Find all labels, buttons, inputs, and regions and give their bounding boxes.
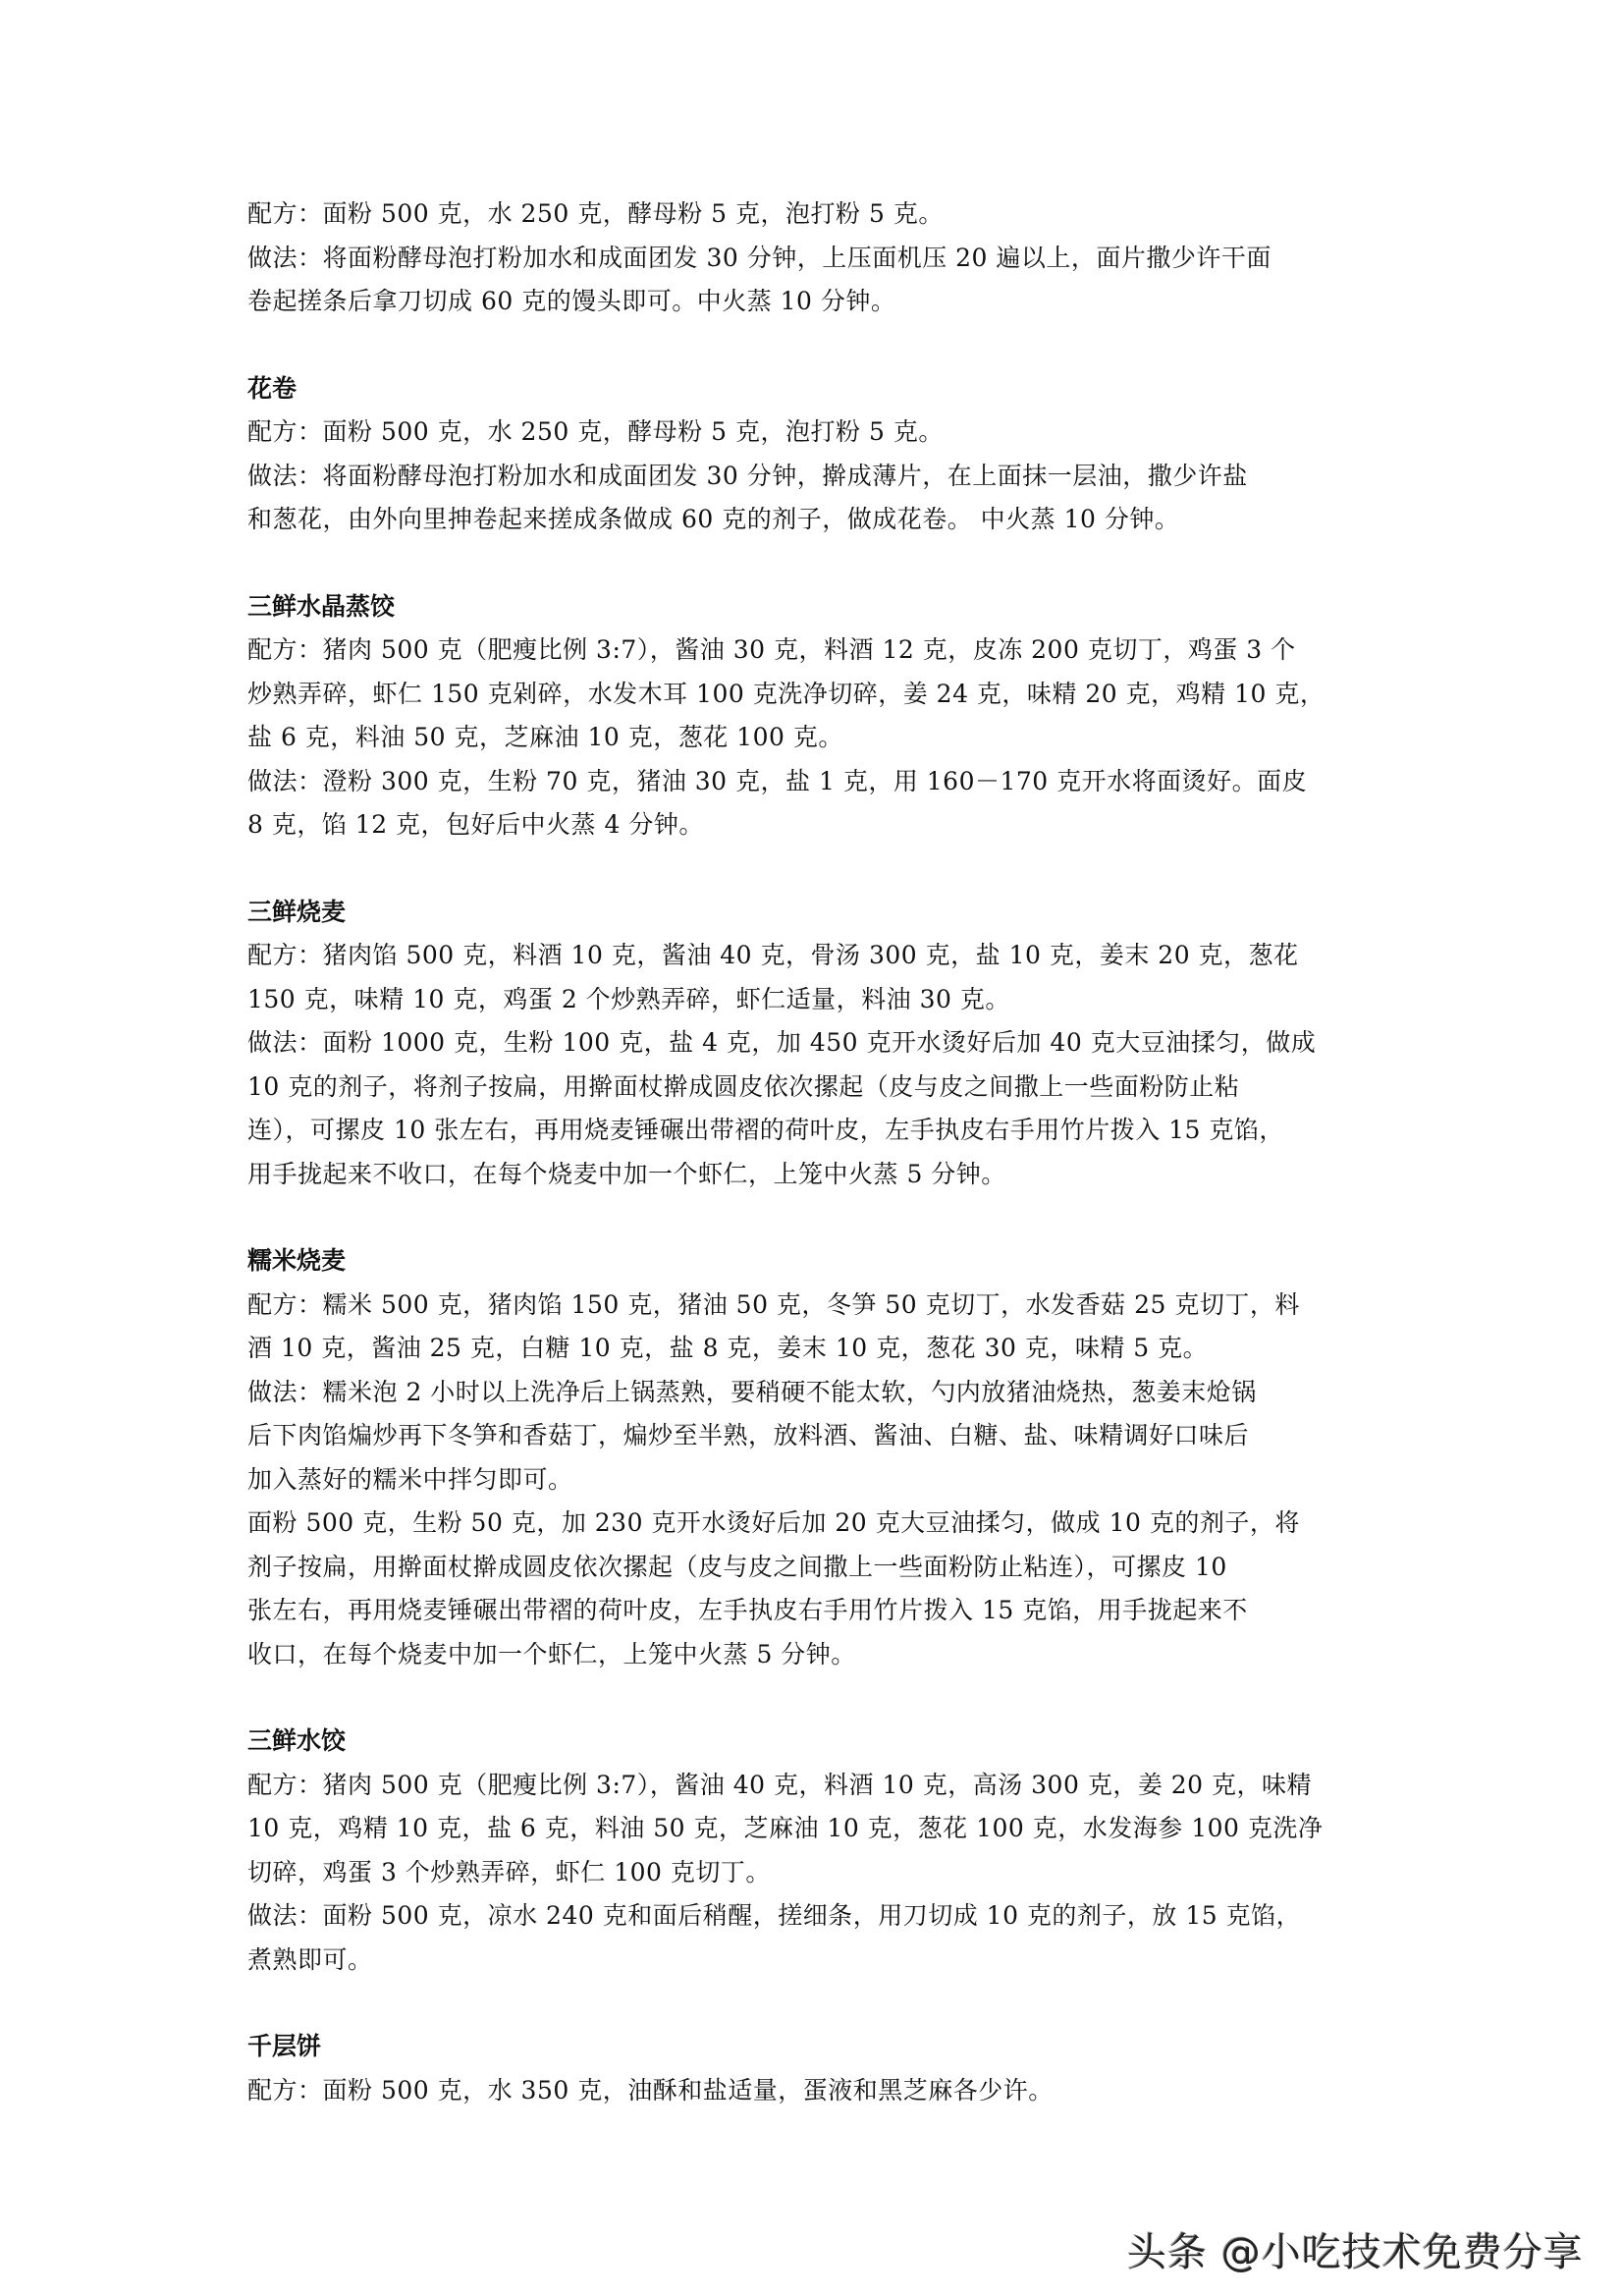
recipe-line: 8 克，馅 12 克，包好后中火蒸 4 分钟。 — [247, 803, 1386, 847]
section-huajuan: 花卷 配方：面粉 500 克，水 250 克，酵母粉 5 克，泡打粉 5 克。 … — [247, 367, 1386, 542]
recipe-line: 收口，在每个烧麦中加一个虾仁，上笼中火蒸 5 分钟。 — [247, 1633, 1386, 1677]
watermark-label: 头条 @小吃技术免费分享 — [1127, 2221, 1584, 2277]
recipe-line: 配方：面粉 500 克，水 250 克，酵母粉 5 克，泡打粉 5 克。 — [247, 410, 1386, 455]
recipe-line: 配方：面粉 500 克，水 350 克，油酥和盐适量，蛋液和黑芝麻各少许。 — [247, 2069, 1386, 2113]
recipe-line: 炒熟弄碎，虾仁 150 克剁碎，水发木耳 100 克洗净切碎，姜 24 克，味精… — [247, 673, 1386, 717]
recipe-line: 卷起搓条后拿刀切成 60 克的馒头即可。中火蒸 10 分钟。 — [247, 280, 1386, 324]
section-mantou: 配方：面粉 500 克，水 250 克，酵母粉 5 克，泡打粉 5 克。 做法：… — [247, 192, 1386, 324]
recipe-line: 后下肉馅煸炒再下冬笋和香菇丁，煸炒至半熟，放料酒、酱油、白糖、盐、味精调好口味后 — [247, 1414, 1386, 1458]
recipe-line: 和葱花，由外向里抻卷起来搓成条做成 60 克的剂子，做成花卷。 中火蒸 10 分… — [247, 498, 1386, 542]
recipe-line: 张左右，再用烧麦锤碾出带褶的荷叶皮，左手执皮右手用竹片拨入 15 克馅，用手拢起… — [247, 1589, 1386, 1633]
recipe-line: 做法：面粉 1000 克，生粉 100 克，盐 4 克，加 450 克开水烫好后… — [247, 1021, 1386, 1066]
document-page: 配方：面粉 500 克，水 250 克，酵母粉 5 克，泡打粉 5 克。 做法：… — [247, 192, 1386, 2156]
recipe-line: 10 克，鸡精 10 克，盐 6 克，料油 50 克，芝麻油 10 克，葱花 1… — [247, 1807, 1386, 1851]
recipe-line: 切碎，鸡蛋 3 个炒熟弄碎，虾仁 100 克切丁。 — [247, 1851, 1386, 1895]
recipe-line: 配方：猪肉馅 500 克，料酒 10 克，酱油 40 克，骨汤 300 克，盐 … — [247, 934, 1386, 978]
section-title: 三鲜水晶蒸饺 — [247, 585, 1386, 629]
recipe-line: 面粉 500 克，生粉 50 克，加 230 克开水烫好后加 20 克大豆油揉匀… — [247, 1502, 1386, 1546]
recipe-line: 用手拢起来不收口，在每个烧麦中加一个虾仁，上笼中火蒸 5 分钟。 — [247, 1153, 1386, 1197]
recipe-line: 配方：猪肉 500 克（肥瘦比例 3:7），酱油 40 克，料酒 10 克，高汤… — [247, 1764, 1386, 1808]
recipe-line: 酒 10 克，酱油 25 克，白糖 10 克，盐 8 克，姜末 10 克，葱花 … — [247, 1327, 1386, 1371]
section-title: 千层饼 — [247, 2025, 1386, 2069]
recipe-line: 盐 6 克，料油 50 克，芝麻油 10 克，葱花 100 克。 — [247, 716, 1386, 760]
section-title: 花卷 — [247, 367, 1386, 411]
section-nuomi-shaomai: 糯米烧麦 配方：糯米 500 克，猪肉馅 150 克，猪油 50 克，冬笋 50… — [247, 1239, 1386, 1676]
recipe-line: 煮熟即可。 — [247, 1939, 1386, 1983]
section-title: 三鲜烧麦 — [247, 891, 1386, 935]
recipe-line: 做法：将面粉酵母泡打粉加水和成面团发 30 分钟，上压面机压 20 遍以上，面片… — [247, 237, 1386, 281]
recipe-line: 配方：面粉 500 克，水 250 克，酵母粉 5 克，泡打粉 5 克。 — [247, 192, 1386, 237]
recipe-line: 剂子按扁，用擀面杖擀成圆皮依次摞起（皮与皮之间撒上一些面粉防止粘连），可摞皮 1… — [247, 1546, 1386, 1590]
recipe-line: 做法：面粉 500 克，凉水 240 克和面后稍醒，搓细条，用刀切成 10 克的… — [247, 1894, 1386, 1939]
recipe-line: 做法：澄粉 300 克，生粉 70 克，猪油 30 克，盐 1 克，用 160－… — [247, 760, 1386, 804]
section-title: 糯米烧麦 — [247, 1239, 1386, 1284]
section-sanxian-shaomai: 三鲜烧麦 配方：猪肉馅 500 克，料酒 10 克，酱油 40 克，骨汤 300… — [247, 891, 1386, 1197]
section-sanxian-shuijing-zhengjiao: 三鲜水晶蒸饺 配方：猪肉 500 克（肥瘦比例 3:7），酱油 30 克，料酒 … — [247, 585, 1386, 847]
recipe-line: 连），可摞皮 10 张左右，再用烧麦锤碾出带褶的荷叶皮，左手执皮右手用竹片拨入 … — [247, 1109, 1386, 1153]
recipe-line: 10 克的剂子，将剂子按扁，用擀面杖擀成圆皮依次摞起（皮与皮之间撒上一些面粉防止… — [247, 1066, 1386, 1110]
recipe-line: 做法：糯米泡 2 小时以上洗净后上锅蒸熟，要稍硬不能太软，勺内放猪油烧热，葱姜末… — [247, 1371, 1386, 1415]
section-sanxian-shuijiao: 三鲜水饺 配方：猪肉 500 克（肥瘦比例 3:7），酱油 40 克，料酒 10… — [247, 1720, 1386, 1982]
recipe-line: 加入蒸好的糯米中拌匀即可。 — [247, 1458, 1386, 1503]
section-qianceng-bing: 千层饼 配方：面粉 500 克，水 350 克，油酥和盐适量，蛋液和黑芝麻各少许… — [247, 2025, 1386, 2112]
recipe-line: 做法：将面粉酵母泡打粉加水和成面团发 30 分钟，擀成薄片，在上面抹一层油，撒少… — [247, 455, 1386, 499]
recipe-line: 配方：糯米 500 克，猪肉馅 150 克，猪油 50 克，冬笋 50 克切丁，… — [247, 1284, 1386, 1328]
section-title: 三鲜水饺 — [247, 1720, 1386, 1764]
recipe-line: 150 克，味精 10 克，鸡蛋 2 个炒熟弄碎，虾仁适量，料油 30 克。 — [247, 978, 1386, 1022]
recipe-line: 配方：猪肉 500 克（肥瘦比例 3:7），酱油 30 克，料酒 12 克，皮冻… — [247, 629, 1386, 673]
